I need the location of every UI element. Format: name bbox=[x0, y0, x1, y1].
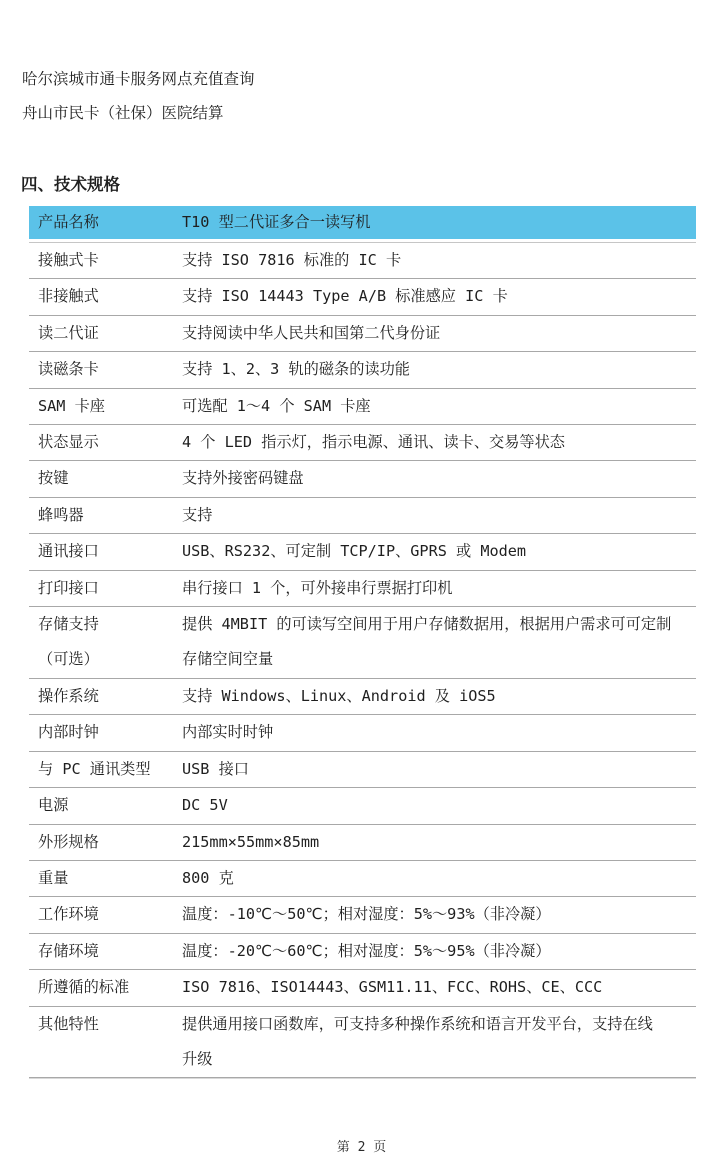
spec-row-value: 可选配 1～4 个 SAM 卡座 bbox=[182, 389, 696, 424]
spec-row: SAM 卡座 可选配 1～4 个 SAM 卡座 bbox=[29, 389, 696, 425]
spec-row-label: 工作环境 bbox=[29, 897, 182, 932]
spec-row-value: 内部实时时钟 bbox=[182, 715, 696, 750]
spec-row-label: 与 PC 通讯类型 bbox=[29, 752, 182, 787]
spec-row-value: ISO 7816、ISO14443、GSM11.11、FCC、ROHS、CE、C… bbox=[182, 970, 696, 1005]
spec-row: 非接触式 支持 ISO 14443 Type A/B 标准感应 IC 卡 bbox=[29, 279, 696, 315]
spec-row: 接触式卡 支持 ISO 7816 标准的 IC 卡 bbox=[29, 243, 696, 279]
spec-row-value: 800 克 bbox=[182, 861, 696, 896]
spec-row-value: 215mm×55mm×85mm bbox=[182, 825, 696, 860]
page-number: 第 2 页 bbox=[0, 1136, 723, 1155]
spec-row-value: 支持阅读中华人民共和国第二代身份证 bbox=[182, 316, 696, 351]
spec-row: 所遵循的标准 ISO 7816、ISO14443、GSM11.11、FCC、RO… bbox=[29, 970, 696, 1006]
spec-row-value: 支持外接密码键盘 bbox=[182, 461, 696, 496]
spec-row-label: 打印接口 bbox=[29, 571, 182, 606]
spec-table-body: 接触式卡 支持 ISO 7816 标准的 IC 卡 非接触式 支持 ISO 14… bbox=[29, 242, 696, 1079]
spec-row: 工作环境 温度：-10℃～50℃；相对湿度：5%～93%（非冷凝） bbox=[29, 897, 696, 933]
spec-row-label: 内部时钟 bbox=[29, 715, 182, 750]
spec-row: 重量 800 克 bbox=[29, 861, 696, 897]
spec-row-label: 状态显示 bbox=[29, 425, 182, 460]
spec-row: 按键 支持外接密码键盘 bbox=[29, 461, 696, 497]
spec-row-label: 存储支持 （可选） bbox=[29, 607, 182, 678]
spec-row-label: 非接触式 bbox=[29, 279, 182, 314]
spec-row-value: 提供通用接口函数库，可支持多种操作系统和语言开发平台，支持在线 升级 bbox=[182, 1007, 696, 1078]
spec-row-label: 通讯接口 bbox=[29, 534, 182, 569]
spec-row-value: 支持 1、2、3 轨的磁条的读功能 bbox=[182, 352, 696, 387]
spec-row: 存储支持 （可选） 提供 4MBIT 的可读写空间用于用户存储数据用，根据用户需… bbox=[29, 607, 696, 679]
spec-row-value: 支持 bbox=[182, 498, 696, 533]
spec-row-value: 支持 ISO 7816 标准的 IC 卡 bbox=[182, 243, 696, 278]
spec-row-label: SAM 卡座 bbox=[29, 389, 182, 424]
spec-row: 与 PC 通讯类型 USB 接口 bbox=[29, 752, 696, 788]
spec-row-value: USB 接口 bbox=[182, 752, 696, 787]
spec-row-value: 串行接口 1 个，可外接串行票据打印机 bbox=[182, 571, 696, 606]
spec-row-label: 存储环境 bbox=[29, 934, 182, 969]
spec-row: 蜂鸣器 支持 bbox=[29, 498, 696, 534]
spec-row-value: USB、RS232、可定制 TCP/IP、GPRS 或 Modem bbox=[182, 534, 696, 569]
spec-header-value: T10 型二代证多合一读写机 bbox=[182, 206, 696, 239]
spec-row-label: 其他特性 bbox=[29, 1007, 182, 1078]
spec-row-label: 读磁条卡 bbox=[29, 352, 182, 387]
spec-row: 电源 DC 5V bbox=[29, 788, 696, 824]
spec-row: 内部时钟 内部实时时钟 bbox=[29, 715, 696, 751]
spec-row: 读二代证 支持阅读中华人民共和国第二代身份证 bbox=[29, 316, 696, 352]
spec-row: 打印接口 串行接口 1 个，可外接串行票据打印机 bbox=[29, 571, 696, 607]
section-title: 四、技术规格 bbox=[21, 171, 120, 195]
spec-row-value: 温度：-10℃～50℃；相对湿度：5%～93%（非冷凝） bbox=[182, 897, 696, 932]
spec-row: 外形规格 215mm×55mm×85mm bbox=[29, 825, 696, 861]
spec-row-label: 外形规格 bbox=[29, 825, 182, 860]
spec-row-label: 按键 bbox=[29, 461, 182, 496]
spec-row-label: 电源 bbox=[29, 788, 182, 823]
spec-row-label: 接触式卡 bbox=[29, 243, 182, 278]
list-item-harbin-citycard: 哈尔滨城市通卡服务网点充值查询 bbox=[22, 69, 255, 89]
list-item-zhoushan-citizencard: 舟山市民卡（社保）医院结算 bbox=[22, 103, 224, 123]
spec-row-label: 操作系统 bbox=[29, 679, 182, 714]
spec-row-value: DC 5V bbox=[182, 788, 696, 823]
spec-row: 操作系统 支持 Windows、Linux、Android 及 iOS5 bbox=[29, 679, 696, 715]
spec-row-value: 温度：-20℃～60℃；相对湿度：5%～95%（非冷凝） bbox=[182, 934, 696, 969]
spec-row-value: 支持 ISO 14443 Type A/B 标准感应 IC 卡 bbox=[182, 279, 696, 314]
spec-row: 状态显示 4 个 LED 指示灯，指示电源、通讯、读卡、交易等状态 bbox=[29, 425, 696, 461]
spec-row-label: 蜂鸣器 bbox=[29, 498, 182, 533]
spec-row-label: 所遵循的标准 bbox=[29, 970, 182, 1005]
spec-row-label: 重量 bbox=[29, 861, 182, 896]
spec-table: 产品名称 T10 型二代证多合一读写机 接触式卡 支持 ISO 7816 标准的… bbox=[29, 206, 696, 1079]
spec-row: 其他特性 提供通用接口函数库，可支持多种操作系统和语言开发平台，支持在线 升级 bbox=[29, 1007, 696, 1079]
spec-row: 通讯接口 USB、RS232、可定制 TCP/IP、GPRS 或 Modem bbox=[29, 534, 696, 570]
spec-row: 读磁条卡 支持 1、2、3 轨的磁条的读功能 bbox=[29, 352, 696, 388]
spec-header-label: 产品名称 bbox=[29, 206, 182, 239]
spec-table-header-row: 产品名称 T10 型二代证多合一读写机 bbox=[29, 206, 696, 239]
spec-row-value: 4 个 LED 指示灯，指示电源、通讯、读卡、交易等状态 bbox=[182, 425, 696, 460]
spec-row-label: 读二代证 bbox=[29, 316, 182, 351]
spec-row-value: 提供 4MBIT 的可读写空间用于用户存储数据用，根据用户需求可可定制 存储空间… bbox=[182, 607, 696, 678]
spec-row-value: 支持 Windows、Linux、Android 及 iOS5 bbox=[182, 679, 696, 714]
spec-row: 存储环境 温度：-20℃～60℃；相对湿度：5%～95%（非冷凝） bbox=[29, 934, 696, 970]
